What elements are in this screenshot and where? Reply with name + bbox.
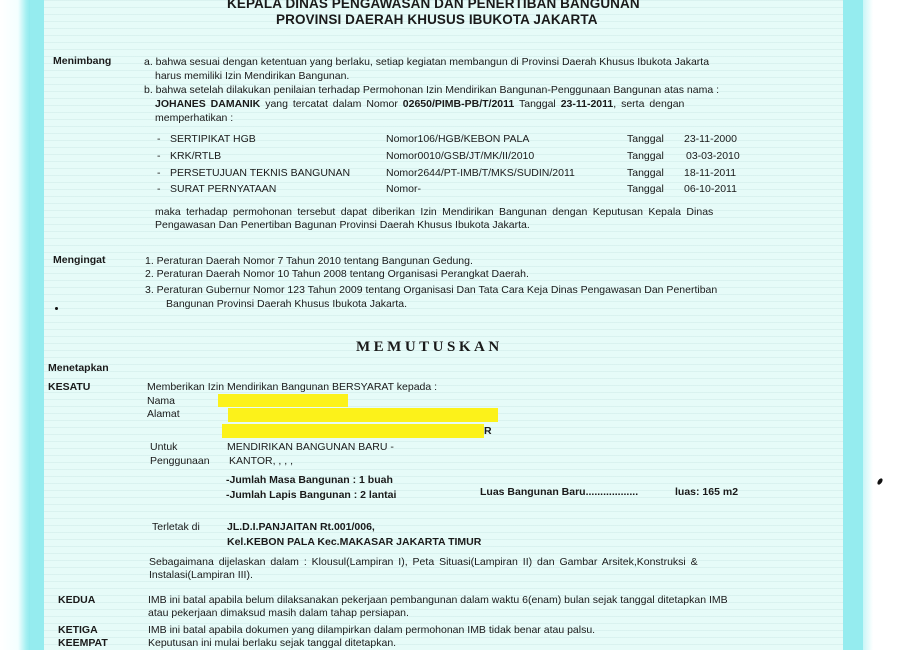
header-line-2: PROVINSI DAERAH KHUSUS IBUKOTA JAKARTA: [276, 13, 598, 26]
doc-date: 23-11-2000: [684, 133, 737, 146]
doc-name: KRK/RTLB: [170, 150, 221, 163]
page-border-left: [30, 0, 44, 650]
penggunaan-value: KANTOR, , , ,: [229, 455, 293, 468]
mengingat-item-1: 1. Peraturan Daerah Nomor 7 Tahun 2010 t…: [145, 255, 473, 268]
application-date: 23-11-2011: [561, 98, 614, 110]
menetapkan-label: Menetapkan: [48, 362, 109, 375]
doc-number: Nomor106/HGB/KEBON PALA: [386, 133, 529, 146]
penggunaan-label: Penggunaan: [150, 455, 210, 468]
nama-label: Nama: [147, 395, 175, 408]
scan-edge-right: [863, 0, 900, 650]
address-visible-fragment: R: [484, 425, 492, 438]
ketiga-label: KETIGA: [58, 624, 98, 637]
untuk-label: Untuk: [150, 441, 177, 454]
menimbang-a-line1: a. bahwa sesuai dengan ketentuan yang be…: [144, 56, 709, 69]
applicant-name: JOHANES DAMANIK: [155, 98, 260, 110]
terletak-line2: Kel.KEBON PALA Kec.MAKASAR JAKARTA TIMUR: [227, 536, 481, 549]
doc-name: PERSETUJUAN TEKNIS BANGUNAN: [170, 167, 350, 180]
terletak-line1: JL.D.I.PANJAITAN Rt.001/006,: [227, 521, 375, 534]
doc-date-label: Tanggal: [627, 183, 664, 196]
doc-date-label: Tanggal: [627, 167, 664, 180]
mengingat-item-3: 3. Peraturan Gubernur Nomor 123 Tahun 20…: [145, 284, 717, 297]
application-number: 02650/PIMB-PB/T/2011: [403, 98, 514, 110]
doc-date-label: Tanggal: [627, 133, 664, 146]
doc-bullet: -: [157, 133, 161, 146]
decision-title: MEMUTUSKAN: [356, 341, 503, 354]
menimbang-conclusion-line2: Pengawasan Dan Penertiban Bagunan Provin…: [155, 219, 530, 232]
redacted-address-line2: [222, 424, 484, 438]
luas-value: luas: 165 m2: [675, 486, 738, 499]
menimbang-label: Menimbang: [53, 55, 111, 68]
menimbang-b-line1: b. bahwa setelah dilakukan penilaian ter…: [144, 84, 719, 97]
doc-bullet: -: [157, 167, 161, 180]
menimbang-b-line2: JOHANES DAMANIK yang tercatat dalam Nomo…: [155, 98, 684, 111]
terletak-label: Terletak di: [152, 521, 200, 534]
menimbang-b-line3: memperhatikan :: [155, 112, 233, 125]
header-line-1: KEPALA DINAS PENGAWASAN DAN PENERTIBAN B…: [227, 0, 640, 10]
doc-name: SERTIPIKAT HGB: [170, 133, 256, 146]
doc-date-label: Tanggal: [627, 150, 664, 163]
doc-date: 18-11-2011: [684, 167, 736, 180]
doc-name: SURAT PERNYATAAN: [170, 183, 276, 196]
sebagaimana-line2: Instalasi(Lampiran III).: [149, 569, 253, 582]
alamat-label: Alamat: [147, 408, 180, 421]
keempat-label: KEEMPAT: [58, 637, 108, 650]
mengingat-label: Mengingat: [53, 254, 106, 267]
doc-bullet: -: [157, 183, 161, 196]
doc-date: 03-03-2010: [686, 150, 740, 163]
untuk-value: MENDIRIKAN BANGUNAN BARU -: [227, 441, 394, 454]
menimbang-conclusion-line1: maka terhadap permohonan tersebut dapat …: [155, 206, 713, 219]
sebagaimana-line1: Sebagaimana dijelaskan dalam : Klousul(L…: [149, 556, 698, 569]
kedua-label: KEDUA: [58, 594, 95, 607]
scan-edge-left: [0, 0, 30, 650]
redacted-address-line1: [228, 408, 498, 422]
doc-number: Nomor-: [386, 183, 421, 196]
doc-date: 06-10-2011: [684, 183, 737, 196]
menimbang-a-line2: harus memiliki Izin Mendirikan Bangunan.: [155, 70, 349, 83]
scan-speck: [55, 307, 58, 310]
kesatu-label: KESATU: [48, 381, 90, 394]
mengingat-item-3-cont: Bangunan Provinsi Daerah Khusus Ibukota …: [166, 298, 407, 311]
jumlah-lapis: -Jumlah Lapis Bangunan : 2 lantai: [226, 489, 396, 502]
keempat-line1: Keputusan ini mulai berlaku sejak tangga…: [148, 637, 396, 650]
doc-number: Nomor0010/GSB/JT/MK/II/2010: [386, 150, 534, 163]
mengingat-item-2: 2. Peraturan Daerah Nomor 10 Tahun 2008 …: [145, 268, 529, 281]
luas-label: Luas Bangunan Baru..................: [480, 486, 638, 499]
doc-number: Nomor2644/PT-IMB/T/MKS/SUDIN/2011: [386, 167, 575, 180]
kesatu-intro: Memberikan Izin Mendirikan Bangunan BERS…: [147, 381, 437, 394]
kedua-line2: atau pekerjaan dimaksud masih dalam taha…: [148, 607, 409, 620]
doc-bullet: -: [157, 150, 161, 163]
page-border-right: [843, 0, 863, 650]
redacted-name: [218, 394, 348, 407]
ketiga-line1: IMB ini batal apabila dokumen yang dilam…: [148, 624, 595, 637]
jumlah-masa: -Jumlah Masa Bangunan : 1 buah: [226, 474, 393, 487]
kedua-line1: IMB ini batal apabila belum dilaksanakan…: [148, 594, 728, 607]
